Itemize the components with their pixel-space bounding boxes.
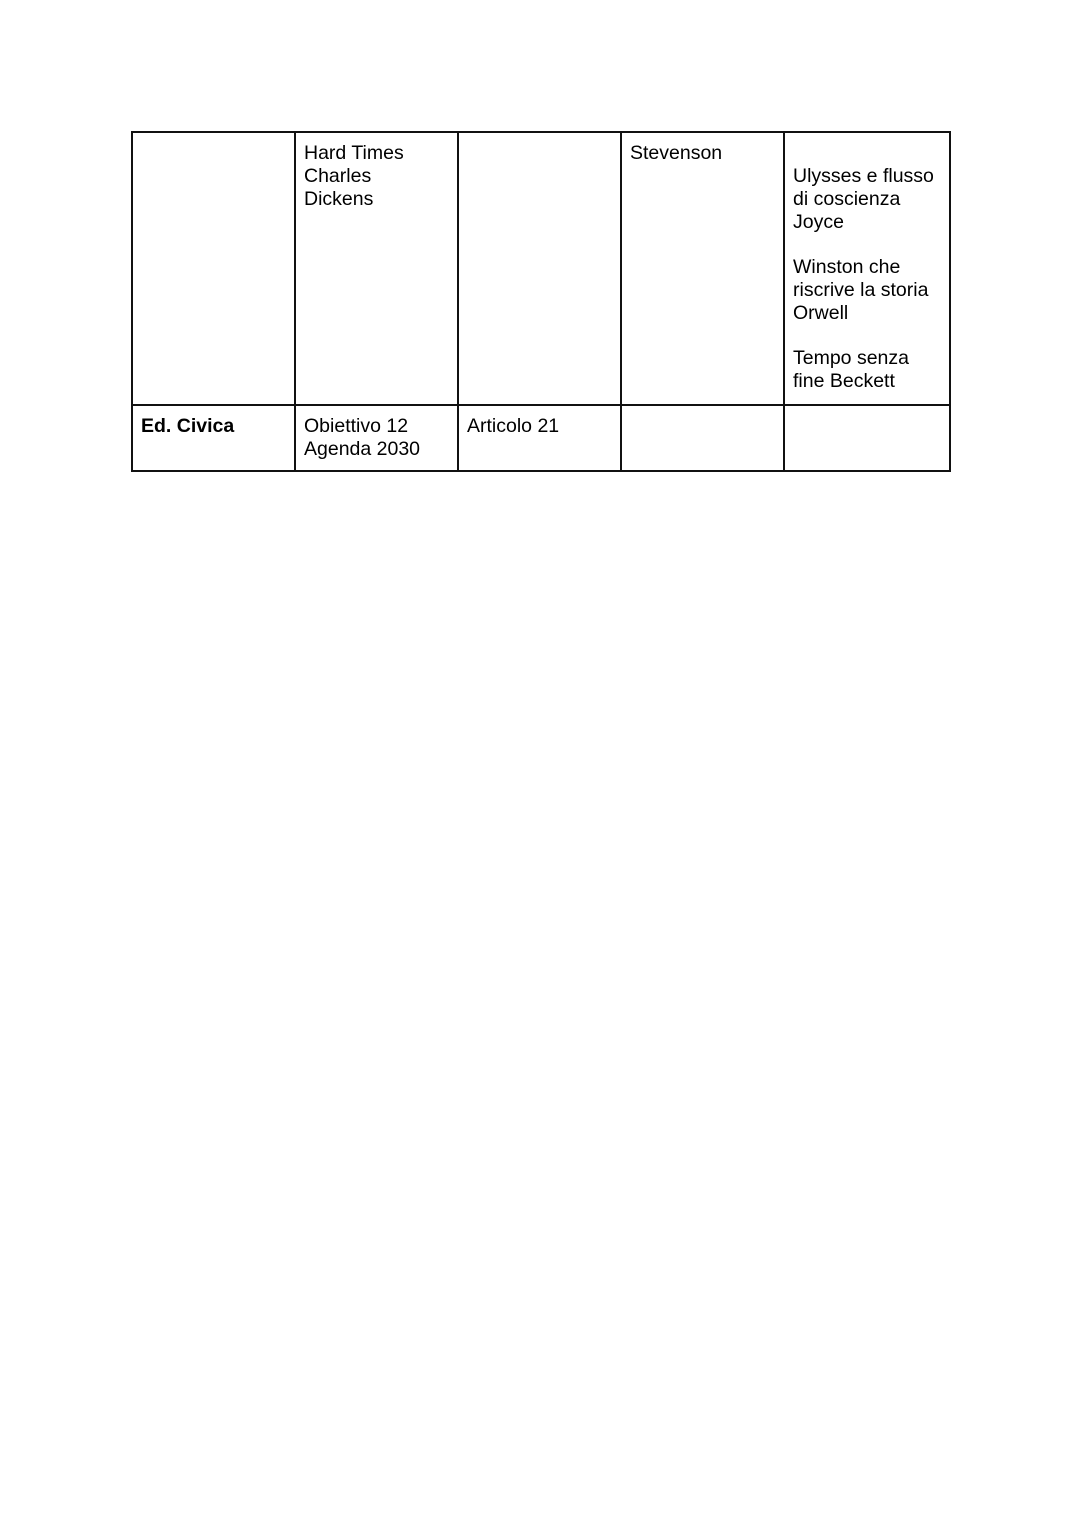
literature-table: Hard Times Charles Dickens Stevenson Uly… <box>131 131 951 472</box>
cell-text: Tempo senza <box>793 347 941 370</box>
cell-text: Agenda 2030 <box>304 438 449 461</box>
cell-text: Hard Times <box>304 142 449 165</box>
cell-text: di coscienza <box>793 188 941 211</box>
cell-text: Stevenson <box>630 142 775 165</box>
cell-text: riscrive la storia <box>793 279 941 302</box>
table-cell-modernism: Ulysses e flusso di coscienza Joyce Wins… <box>784 132 950 405</box>
cell-text: Obiettivo 12 <box>304 415 449 438</box>
table-cell-empty <box>784 405 950 471</box>
table-cell-stevenson: Stevenson <box>621 132 784 405</box>
row-header: Ed. Civica <box>141 415 286 438</box>
table-cell-subject: Ed. Civica <box>132 405 295 471</box>
table-cell-subject-empty <box>132 132 295 405</box>
cell-text: Ulysses e flusso <box>793 165 941 188</box>
cell-text: Charles <box>304 165 449 188</box>
cell-text: Winston che <box>793 256 941 279</box>
cell-text: Articolo 21 <box>467 415 612 438</box>
table-cell-articolo: Articolo 21 <box>458 405 621 471</box>
table-cell-agenda: Obiettivo 12 Agenda 2030 <box>295 405 458 471</box>
table-cell-empty <box>458 132 621 405</box>
table-cell-empty <box>621 405 784 471</box>
cell-text: Dickens <box>304 188 449 211</box>
table-row: Hard Times Charles Dickens Stevenson Uly… <box>132 132 950 405</box>
cell-text: Joyce <box>793 211 941 234</box>
table-cell-dickens: Hard Times Charles Dickens <box>295 132 458 405</box>
table-row: Ed. Civica Obiettivo 12 Agenda 2030 Arti… <box>132 405 950 471</box>
cell-text: Orwell <box>793 302 941 325</box>
cell-text: fine Beckett <box>793 370 941 393</box>
